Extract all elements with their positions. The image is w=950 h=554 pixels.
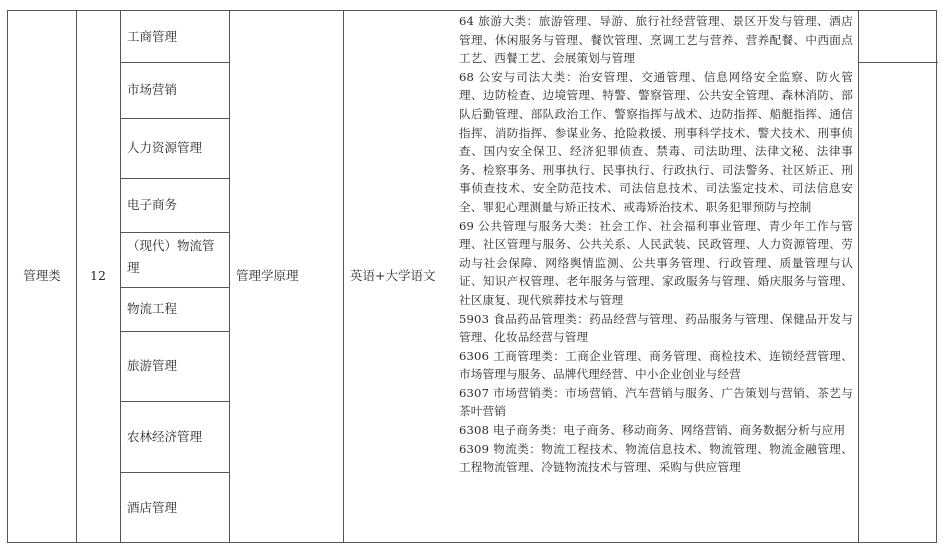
eligible-majors-group: 69 公共管理与服务大类：社会工作、社会福利事业管理、青少年工作与管理、社区管理… (459, 217, 853, 310)
major-label: 旅游管理 (127, 355, 177, 377)
major-cell: 市场营销 (120, 62, 228, 118)
eligible-majors-group: 6309 物流类：物流工程技术、物流信息技术、物流管理、物流金融管理、工程物流管… (459, 440, 853, 477)
public-courses-cell: 英语+大学语文 (350, 267, 435, 284)
eligible-majors-group: 6306 工商管理类：工商企业管理、商务管理、商检技术、连锁经营管理、市场管理与… (459, 347, 853, 384)
major-cell: 人力资源管理 (120, 118, 228, 178)
professional-course-cell: 管理学原理 (236, 267, 299, 284)
eligible-majors-group: 6308 电子商务类：电子商务、移动商务、网络营销、商务数据分析与应用 (459, 421, 853, 440)
major-label: 物流工程 (127, 298, 177, 320)
eligible-majors-group: 6307 市场营销类：市场营销、汽车营销与服务、广告策划与营销、茶艺与茶叶营销 (459, 384, 853, 421)
major-label: 市场营销 (127, 79, 177, 101)
eligible-majors-group: 5903 食品药品管理类：药品经营与管理、药品服务与管理、保健品开发与管理、化妆… (459, 310, 853, 347)
column-divider (229, 11, 230, 542)
major-label: 工商管理 (127, 26, 177, 48)
major-label: 人力资源管理 (127, 137, 202, 159)
major-cell: 工商管理 (120, 11, 228, 62)
major-label: （现代）物流管理 (127, 235, 224, 279)
major-cell: 电子商务 (120, 178, 228, 232)
eligible-majors-group: 68 公安与司法大类：治安管理、交通管理、信息网络安全监察、防火管理、边防检查、… (459, 68, 853, 217)
category-cell: 管理类 (8, 267, 76, 284)
major-cell: 酒店管理 (120, 472, 228, 543)
remarks-cell (859, 62, 938, 543)
count-cell: 12 (76, 267, 120, 284)
major-cell: 物流工程 (120, 287, 228, 331)
column-divider (343, 11, 344, 542)
eligible-majors-cell: 64 旅游大类：旅游管理、导游、旅行社经营管理、景区开发与管理、酒店管理、休闲服… (457, 12, 853, 477)
eligible-majors-group: 64 旅游大类：旅游管理、导游、旅行社经营管理、景区开发与管理、酒店管理、休闲服… (459, 12, 853, 68)
major-cell: 旅游管理 (120, 331, 228, 401)
major-label: 酒店管理 (127, 497, 177, 519)
major-label: 电子商务 (127, 194, 177, 216)
remarks-cell (859, 11, 938, 62)
major-cell: （现代）物流管理 (120, 232, 228, 287)
major-cell: 农林经济管理 (120, 401, 228, 472)
majors-table: 管理类 12 工商管理 市场营销 人力资源管理 电子商务 （现代）物流管理 物流… (7, 10, 937, 543)
major-label: 农林经济管理 (127, 426, 202, 448)
